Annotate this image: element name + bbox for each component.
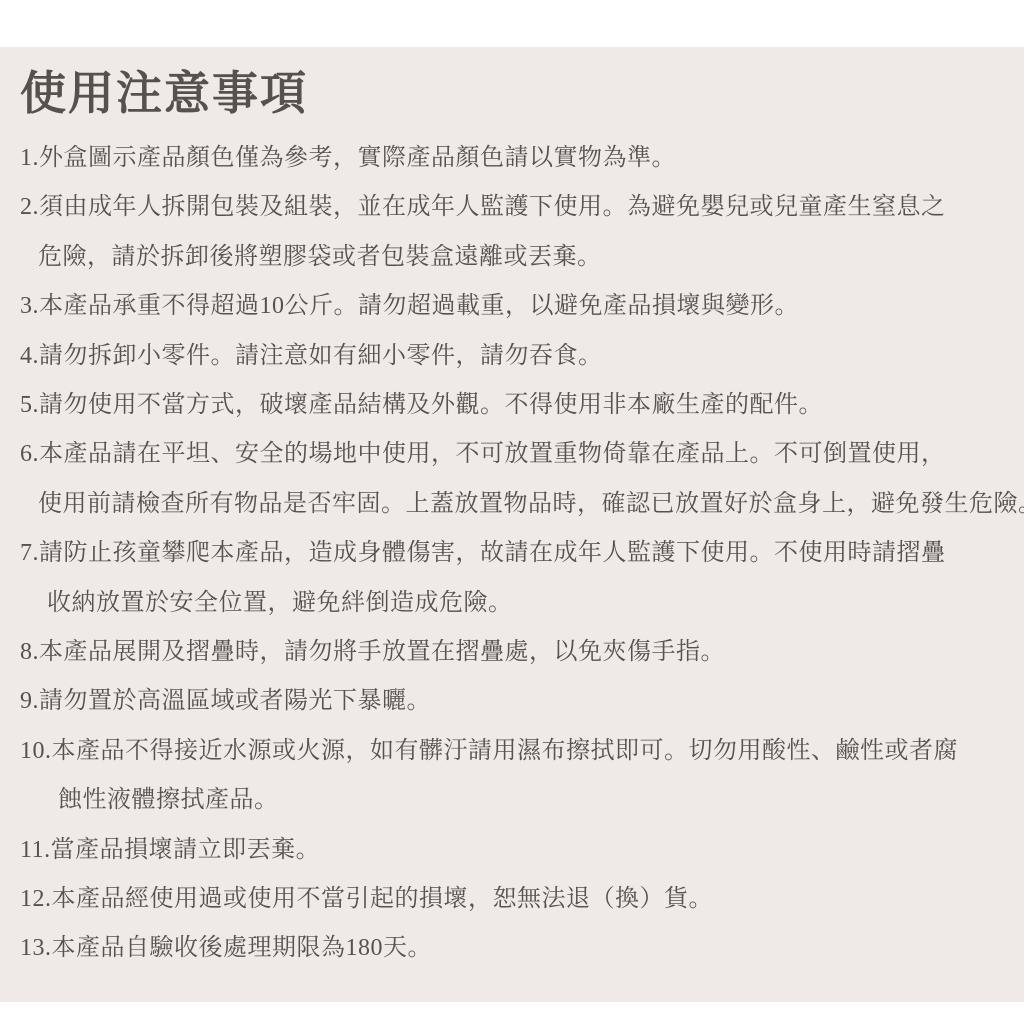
notice-item: 10.本產品不得接近水源或火源，如有髒汙請用濕布擦拭即可。切勿用酸性、鹼性或者腐… bbox=[20, 727, 1018, 826]
page-title: 使用注意事項 bbox=[20, 68, 1018, 121]
notice-line: 使用前請檢查所有物品是否牢固。上蓋放置物品時，確認已放置好於盒身上，避免發生危險… bbox=[20, 480, 1018, 529]
notice-item: 13.本產品自驗收後處理期限為180天。 bbox=[20, 924, 1018, 973]
notice-line: 收納放置於安全位置，避免絆倒造成危險。 bbox=[20, 579, 1018, 628]
notice-item: 6.本產品請在平坦、安全的場地中使用，不可放置重物倚靠在產品上。不可倒置使用， … bbox=[20, 430, 1018, 529]
notice-content: 使用注意事項 1.外盒圖示產品顏色僅為參考，實際產品顏色請以實物為準。 2.須由… bbox=[0, 68, 1024, 974]
notice-line: 1.外盒圖示產品顏色僅為參考，實際產品顏色請以實物為準。 bbox=[20, 134, 1018, 183]
notice-line: 蝕性液體擦拭產品。 bbox=[20, 776, 1018, 825]
notice-list: 1.外盒圖示產品顏色僅為參考，實際產品顏色請以實物為準。 2.須由成年人拆開包裝… bbox=[20, 134, 1018, 974]
notice-line: 6.本產品請在平坦、安全的場地中使用，不可放置重物倚靠在產品上。不可倒置使用， bbox=[20, 430, 1018, 479]
notice-line: 7.請防止孩童攀爬本產品，造成身體傷害，故請在成年人監護下使用。不使用時請摺疊 bbox=[20, 529, 1018, 578]
notice-line: 9.請勿置於高溫區域或者陽光下暴曬。 bbox=[20, 677, 1018, 726]
notice-item: 8.本產品展開及摺疊時，請勿將手放置在摺疊處，以免夾傷手指。 bbox=[20, 628, 1018, 677]
notice-line: 3.本產品承重不得超過10公斤。請勿超過載重，以避免產品損壞與變形。 bbox=[20, 282, 1018, 331]
notice-item: 7.請防止孩童攀爬本產品，造成身體傷害，故請在成年人監護下使用。不使用時請摺疊 … bbox=[20, 529, 1018, 628]
notice-item: 3.本產品承重不得超過10公斤。請勿超過載重，以避免產品損壞與變形。 bbox=[20, 282, 1018, 331]
notice-item: 9.請勿置於高溫區域或者陽光下暴曬。 bbox=[20, 677, 1018, 726]
notice-line: 12.本產品經使用過或使用不當引起的損壞，恕無法退（換）貨。 bbox=[20, 875, 1018, 924]
notice-item: 2.須由成年人拆開包裝及組裝，並在成年人監護下使用。為避免嬰兒或兒童產生窒息之 … bbox=[20, 183, 1018, 282]
notice-sheet: 使用注意事項 1.外盒圖示產品顏色僅為參考，實際產品顏色請以實物為準。 2.須由… bbox=[0, 47, 1024, 1002]
notice-line: 11.當產品損壞請立即丟棄。 bbox=[20, 826, 1018, 875]
notice-line: 5.請勿使用不當方式，破壞產品結構及外觀。不得使用非本廠生產的配件。 bbox=[20, 381, 1018, 430]
notice-line: 13.本產品自驗收後處理期限為180天。 bbox=[20, 924, 1018, 973]
notice-item: 4.請勿拆卸小零件。請注意如有細小零件，請勿吞食。 bbox=[20, 332, 1018, 381]
notice-item: 11.當產品損壞請立即丟棄。 bbox=[20, 826, 1018, 875]
notice-line: 4.請勿拆卸小零件。請注意如有細小零件，請勿吞食。 bbox=[20, 332, 1018, 381]
notice-line: 8.本產品展開及摺疊時，請勿將手放置在摺疊處，以免夾傷手指。 bbox=[20, 628, 1018, 677]
notice-item: 1.外盒圖示產品顏色僅為參考，實際產品顏色請以實物為準。 bbox=[20, 134, 1018, 183]
notice-line: 2.須由成年人拆開包裝及組裝，並在成年人監護下使用。為避免嬰兒或兒童產生窒息之 bbox=[20, 183, 1018, 232]
notice-item: 5.請勿使用不當方式，破壞產品結構及外觀。不得使用非本廠生產的配件。 bbox=[20, 381, 1018, 430]
notice-item: 12.本產品經使用過或使用不當引起的損壞，恕無法退（換）貨。 bbox=[20, 875, 1018, 924]
notice-line: 10.本產品不得接近水源或火源，如有髒汙請用濕布擦拭即可。切勿用酸性、鹼性或者腐 bbox=[20, 727, 1018, 776]
notice-line: 危險，請於拆卸後將塑膠袋或者包裝盒遠離或丟棄。 bbox=[20, 233, 1018, 282]
